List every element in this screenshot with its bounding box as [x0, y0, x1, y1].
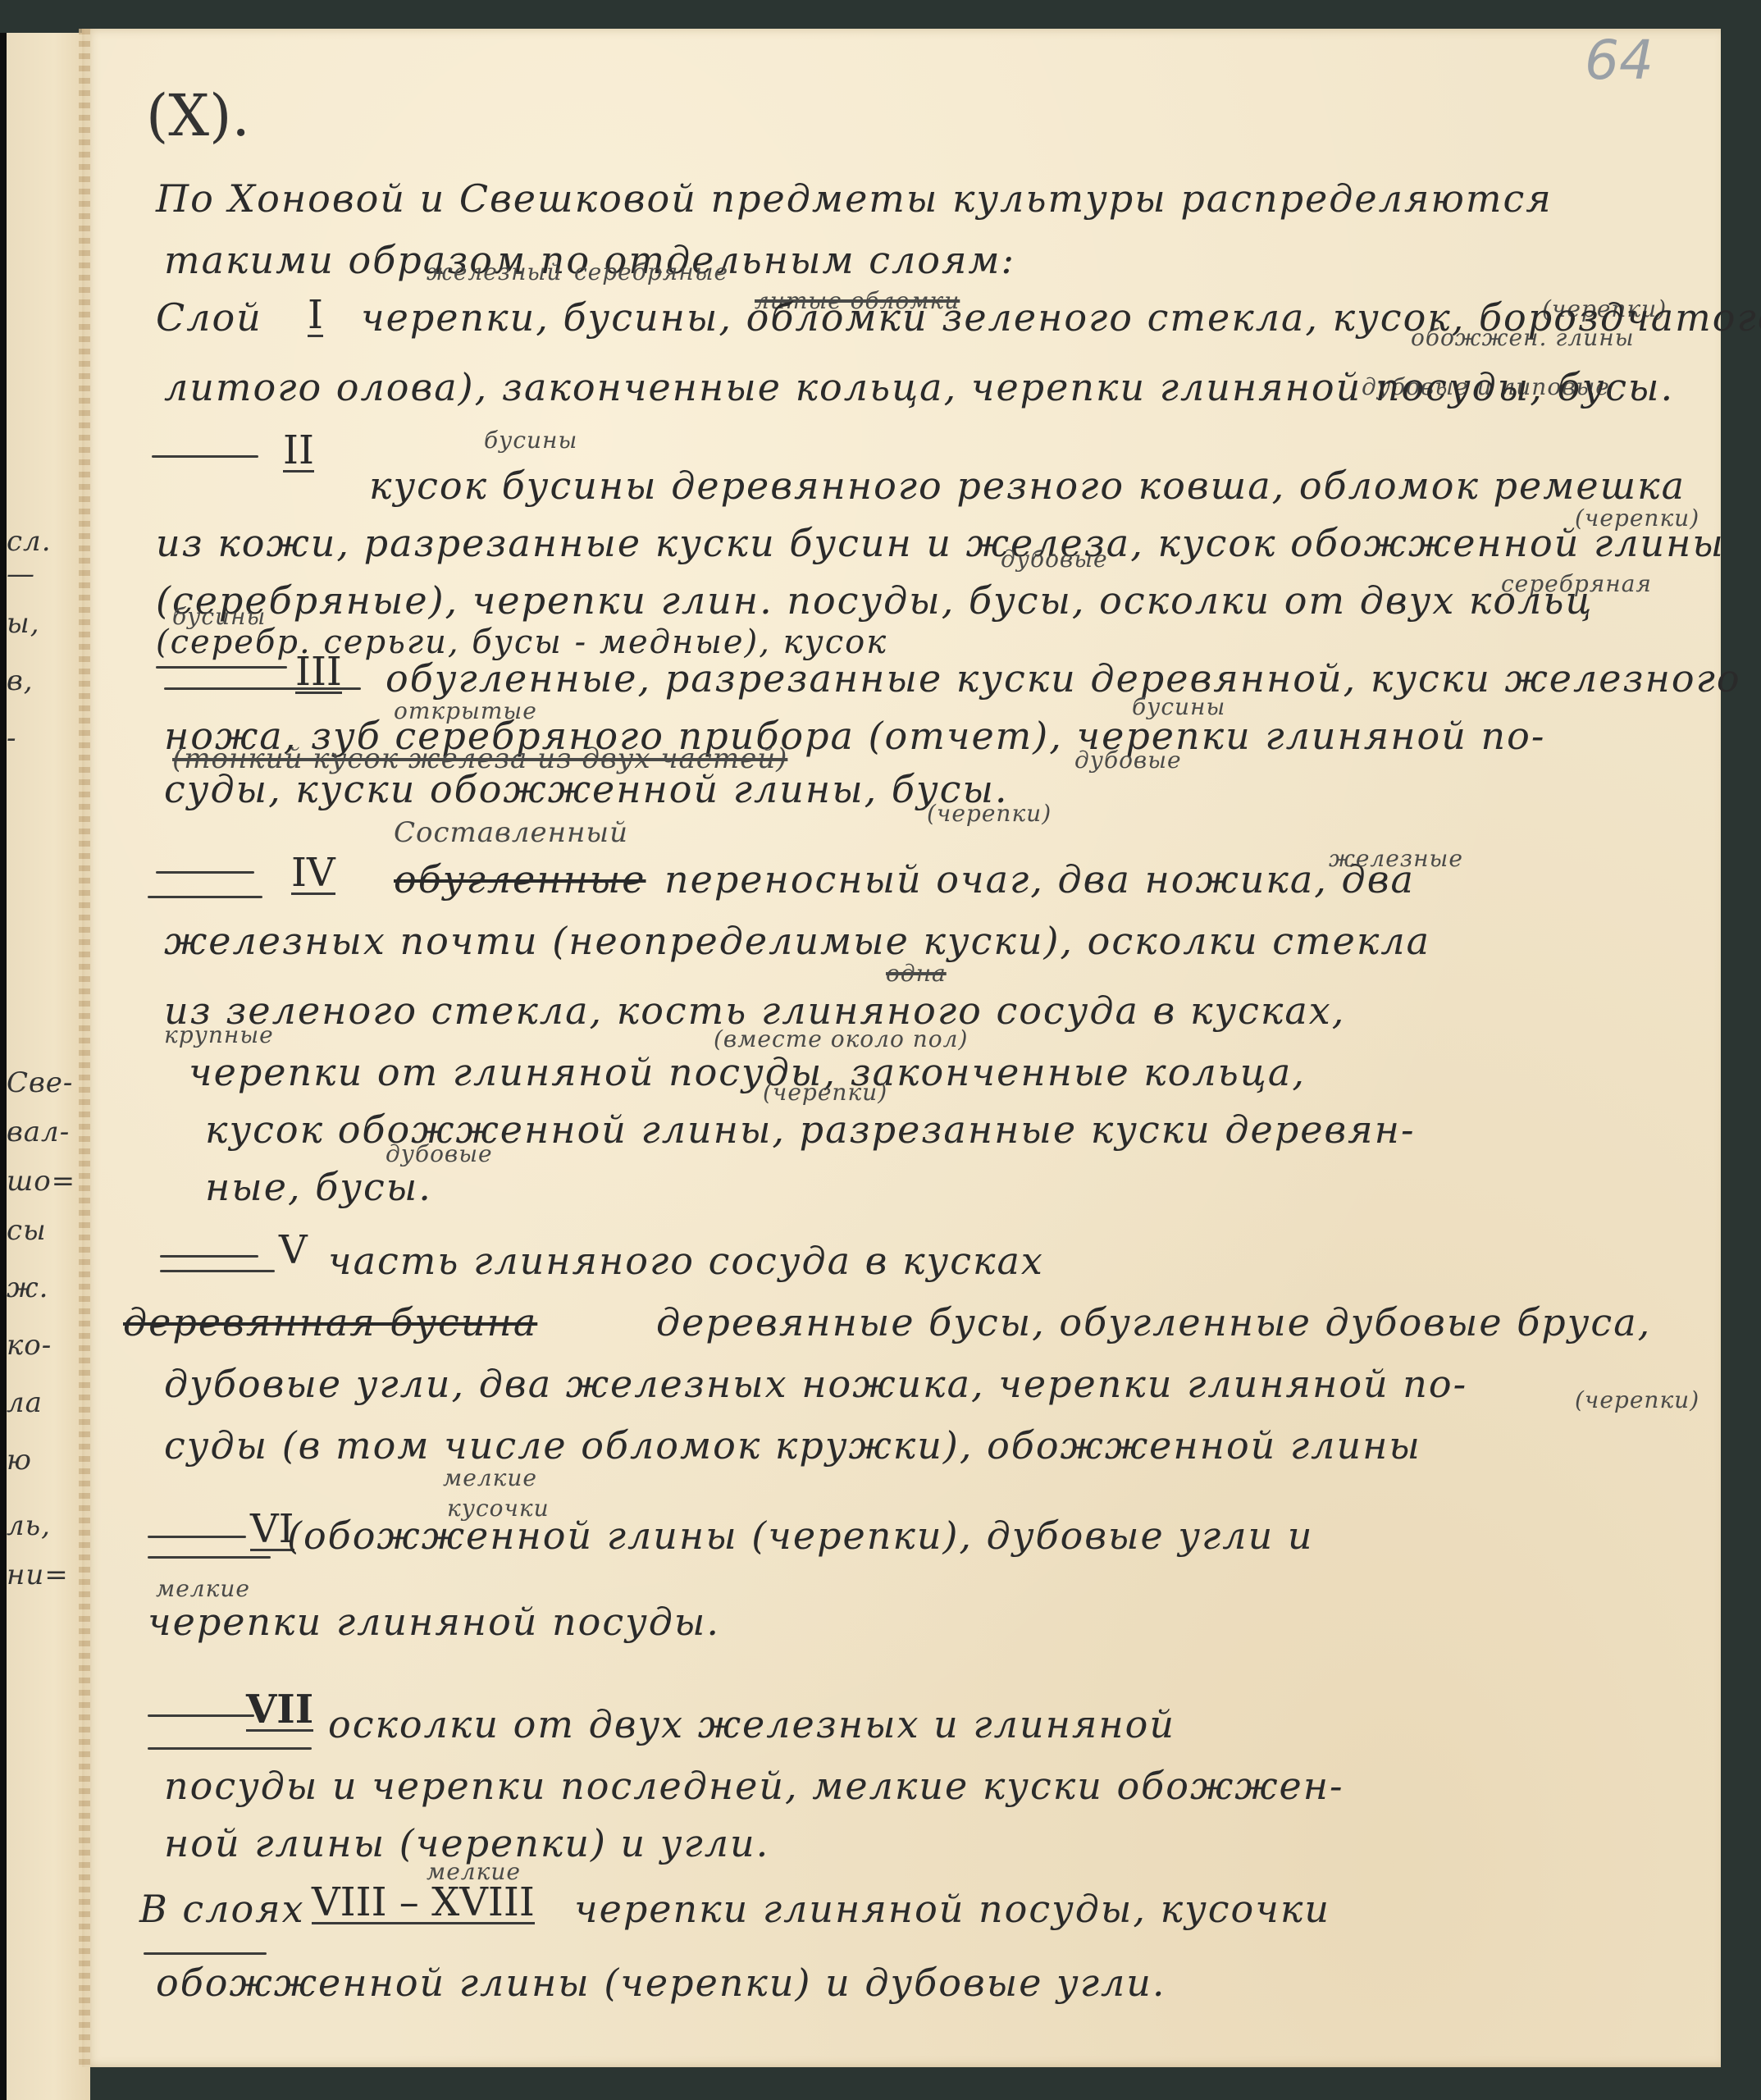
ditto-rule — [148, 1536, 246, 1538]
annotation: серебряные — [574, 258, 728, 285]
torn-edge — [79, 29, 90, 2067]
struck-annotation: одна — [886, 960, 947, 987]
left-fragment: сы — [7, 1214, 47, 1247]
left-fragment: ла — [7, 1386, 43, 1419]
annotation: (черепки) — [927, 800, 1052, 827]
left-fragment: - — [7, 722, 17, 755]
ditto-rule — [148, 1556, 271, 1559]
annotation: мелкие — [443, 1464, 537, 1491]
annotation: железный — [427, 258, 562, 285]
layer-line: переносный очаг, два ножика, два — [664, 857, 1415, 902]
layer-line: ные, бусы. — [205, 1165, 432, 1209]
annotation: крупные — [164, 1021, 274, 1048]
left-fragment: ни= — [7, 1559, 69, 1591]
layer-line: суды (в том числе обломок кружки), обожж… — [164, 1423, 1421, 1468]
left-fragment: ль, — [7, 1509, 51, 1542]
annotation: (черепки) — [1575, 1386, 1699, 1413]
layer-number: IV — [291, 853, 335, 895]
left-fragment: в, — [7, 664, 34, 697]
left-fragment: ко- — [7, 1329, 52, 1362]
annotation: (черепки) — [763, 1079, 887, 1106]
annotation: мелкие — [156, 1575, 250, 1602]
layer-line: посуды и черепки последней, мелкие куски… — [164, 1764, 1344, 1808]
annotation: железные — [1329, 845, 1463, 872]
ditto-rule — [148, 896, 262, 898]
layer-line: деревянные бусы, обугленные дубовые брус… — [656, 1300, 1651, 1344]
layer-number: V — [279, 1230, 308, 1270]
left-facing-page: сл. — ы, в, - Све- вал- шо= сы ж. ко- ла… — [0, 33, 90, 2100]
layer-line: литого олова), законченные кольца, череп… — [164, 365, 1674, 409]
layer-number: III — [295, 652, 342, 694]
layer-number: VIII – XVIII — [312, 1883, 535, 1924]
left-fragment: шо= — [7, 1165, 75, 1198]
layer-line: суды, куски обожженной глины, бусы. — [164, 767, 1009, 811]
ditto-rule — [144, 1952, 267, 1955]
layer-line: черепки от глиняной посуды, законченные … — [189, 1050, 1306, 1094]
binding-edge — [0, 33, 7, 2100]
section-heading: (X). — [146, 82, 250, 149]
layer-number: VII — [246, 1690, 313, 1732]
annotation: дубовые — [1001, 546, 1108, 573]
layer-line: обожженной глины (черепки) и дубовые угл… — [156, 1961, 1166, 2005]
annotation: бусины — [484, 427, 577, 454]
layer-line: осколки от двух железных и глиняной — [328, 1702, 1175, 1746]
ditto-rule — [148, 1747, 312, 1750]
annotation: Составленный — [394, 816, 628, 849]
page-number: 64 — [1585, 29, 1654, 92]
ditto-rule — [152, 455, 258, 458]
struck-word: деревянная бусина — [123, 1300, 537, 1344]
left-fragment: вал- — [7, 1116, 70, 1148]
ditto-rule — [156, 666, 287, 669]
annotation: дубовые — [386, 1140, 493, 1167]
layer-line: кусок бусины деревянного резного ковша, … — [369, 463, 1686, 508]
layer-line: из кожи, разрезанные куски бусин и желез… — [156, 521, 1725, 565]
annotation: (вместе около пол) — [714, 1025, 968, 1052]
left-fragment: ы, — [7, 607, 40, 640]
left-fragment: сл. — [7, 525, 52, 558]
layer-line: дубовые угли, два железных ножика, череп… — [164, 1362, 1467, 1406]
annotation: дубовые — [1074, 746, 1182, 774]
layer-line: черепки, бусины, обломки зеленого стекла… — [361, 295, 1761, 340]
layer-line: (серебряные), черепки глин. посуды, бусы… — [156, 578, 1594, 623]
layer-number: II — [283, 431, 314, 472]
layer-label: Слой — [156, 295, 262, 340]
ditto-rule — [156, 871, 254, 874]
struck-word: обугленные — [394, 857, 646, 902]
left-fragment: ю — [7, 1444, 32, 1477]
layer-line: черепки глиняной посуды, кусочки — [574, 1887, 1330, 1931]
ditto-rule — [160, 1270, 275, 1272]
layer-label: В слоях — [139, 1887, 305, 1931]
ditto-rule — [148, 1714, 254, 1717]
layer-line: (обожженной глины (черепки), дубовые угл… — [287, 1513, 1313, 1558]
layer-line: часть глиняного сосуда в кусках — [328, 1239, 1044, 1283]
layer-line: обугленные, разрезанные куски деревянной… — [386, 656, 1741, 701]
ditto-rule — [160, 1255, 258, 1258]
left-fragment: Све- — [7, 1066, 73, 1099]
left-fragment: — — [7, 558, 35, 591]
layer-line: черепки глиняной посуды. — [148, 1600, 720, 1644]
left-fragment: ж. — [7, 1271, 48, 1304]
layer-line: железных почти (неопределимые куски), ос… — [164, 919, 1430, 963]
layer-number: I — [308, 295, 323, 337]
intro-line: По Хоновой и Свешковой предметы культуры… — [156, 176, 1553, 221]
